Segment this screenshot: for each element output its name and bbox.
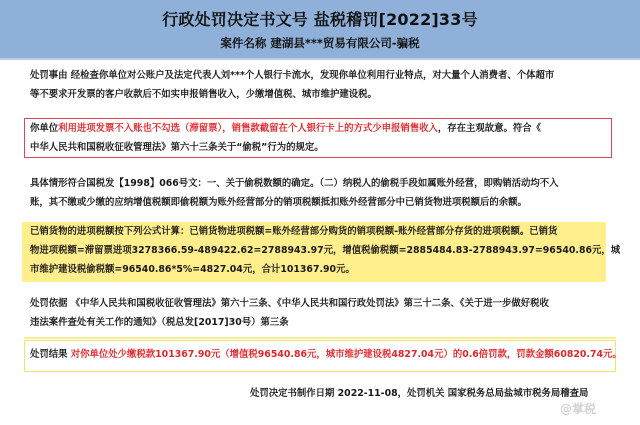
document-title: 行政处罚决定书文号 盐税稽罚[2022]33号 — [0, 7, 640, 30]
authority-name: 国家税务总局盐城市税务局稽查局 — [448, 388, 589, 399]
penalty-basis-line1: 《中华人民共和国税收征收管理法》第六十三条、《中华人民共和国行政处罚法》第三十二… — [71, 298, 549, 309]
watermark: @掌税 — [560, 400, 596, 417]
case-name-value: 建湖县***贸易有限公司-骗税 — [270, 36, 419, 50]
penalty-reason: 处罚事由 经检查你单位对公账户及法定代表人刘***个人银行卡流水，发现你单位利用… — [30, 66, 554, 104]
highlight-suffix: ，存在主观故意。符合《 — [438, 123, 541, 134]
penalty-reason-label: 处罚事由 — [30, 70, 68, 81]
highlight-red-text: 你单位利用进项发票不入账也不勾选（滞留票），销售款截留在个人银行卡上的方式少申报… — [30, 119, 541, 157]
penalty-result-text: 对你单位处少缴税款101367.90元（增值税96540.86元，城市维护建设税… — [71, 349, 622, 360]
calculation-line2: 物进项税额=滞留票进项3278366.59-489422.62=2788943.… — [30, 241, 620, 260]
penalty-result: 处罚结果 对你单位处少缴税款101367.90元（增值税96540.86元，城市… — [30, 345, 622, 364]
highlight-line2: 中华人民共和国税收征收管理法》第六十三条关于“偷税”行为的规定。 — [30, 138, 541, 157]
penalty-basis-label: 处罚依据 — [30, 298, 68, 309]
yellow-divider — [24, 337, 616, 339]
highlight-red-phrase: 利用进项发票不入账也不勾选（滞留票），销售款截留在个人银行卡上的方式少申报销售收… — [58, 123, 438, 134]
case-name: 案件名称 建湖县***贸易有限公司-骗税 — [0, 35, 640, 51]
document-header: 行政处罚决定书文号 盐税稽罚[2022]33号 案件名称 建湖县***贸易有限公… — [0, 0, 640, 60]
highlight-prefix: 你单位 — [30, 123, 58, 134]
circumstance-line2: 账，其不缴或少缴的应纳增值税额即偷税额为账外经营部分的销项税额抵扣账外经营部分中… — [30, 193, 558, 212]
circumstance-line1: 具体情形符合国税发【1998】066号文：一、关于偷税数额的确定。（二）纳税人的… — [30, 174, 558, 193]
penalty-reason-line2: 等不要求开发票的客户收款后不如实申报销售收入，少缴增值税、城市维护建设税。 — [30, 85, 554, 104]
decision-date: 2022-11-08 — [338, 388, 398, 399]
penalty-basis-line2: 违法案件查处有关工作的通知》（税总发[2017]30号）第三条 — [30, 313, 549, 332]
penalty-reason-line1: 经检查你单位对公账户及法定代表人刘***个人银行卡流水，发现你单位利用行业特点，… — [71, 70, 554, 81]
calculation-line3: 市维护建设税偷税额=96540.86*5%=4827.04元，合计101367.… — [30, 260, 620, 279]
authority-label: 处罚机关 — [407, 388, 445, 399]
penalty-result-label: 处罚结果 — [30, 349, 68, 360]
decision-date-label: 处罚决定书制作日期 — [250, 388, 334, 399]
case-name-label: 案件名称 — [220, 36, 266, 50]
penalty-basis: 处罚依据 《中华人民共和国税收征收管理法》第六十三条、《中华人民共和国行政处罚法… — [30, 294, 549, 332]
circumstance: 具体情形符合国税发【1998】066号文：一、关于偷税数额的确定。（二）纳税人的… — [30, 174, 558, 212]
calculation-text: 已销货物的进项税额按下列公式计算：已销货物进项税额=账外经营部分购货的销项税额-… — [30, 222, 620, 279]
calculation-line1: 已销货物的进项税额按下列公式计算：已销货物进项税额=账外经营部分购货的销项税额-… — [30, 222, 620, 241]
